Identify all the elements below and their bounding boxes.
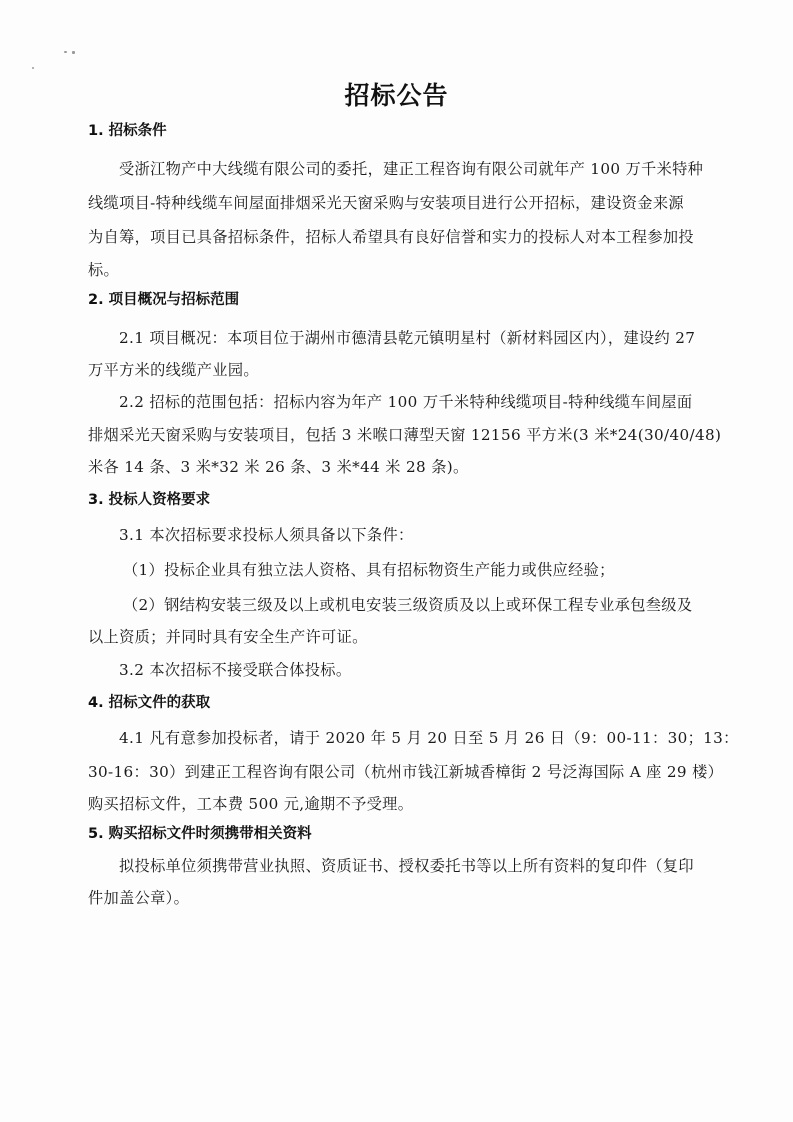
- paragraph-line: 件加盖公章）。: [88, 888, 728, 908]
- document-page: 招标公告 1. 招标条件 受浙江物产中大线缆有限公司的委托，建正工程咨询有限公司…: [0, 0, 793, 1122]
- paragraph-line: 3.2 本次招标不接受联合体投标。: [119, 660, 759, 680]
- paragraph-line: 为自筹，项目已具备招标条件，招标人希望具有良好信誉和实力的投标人对本工程参加投: [88, 227, 728, 247]
- paragraph-line: 米各 14 条、3 米*32 米 26 条、3 米*44 米 28 条)。: [88, 457, 728, 477]
- paragraph-line: 以上资质；并同时具有安全生产许可证。: [88, 627, 728, 647]
- scan-speck: [32, 67, 34, 69]
- paragraph-line: 购买招标文件，工本费 500 元,逾期不予受理。: [88, 794, 728, 814]
- paragraph-line: 万平方米的线缆产业园。: [88, 360, 728, 380]
- scan-speck: [64, 51, 67, 53]
- paragraph-line: 4.1 凡有意参加投标者，请于 2020 年 5 月 20 日至 5 月 26 …: [119, 728, 759, 748]
- paragraph-line: 线缆项目-特种线缆车间屋面排烟采光天窗采购与安装项目进行公开招标，建设资金来源: [88, 193, 728, 213]
- paragraph-line: 拟投标单位须携带营业执照、资质证书、授权委托书等以上所有资料的复印件（复印: [119, 856, 759, 876]
- paragraph-line: 排烟采光天窗采购与安装项目，包括 3 米喉口薄型天窗 12156 平方米(3 米…: [88, 425, 728, 445]
- section-heading-required-materials: 5. 购买招标文件时须携带相关资料: [88, 824, 312, 844]
- document-title: 招标公告: [0, 76, 793, 112]
- paragraph-line: （1）投标企业具有独立法人资格、具有招标物资生产能力或供应经验；: [123, 560, 763, 580]
- paragraph-line: 2.1 项目概况：本项目位于湖州市德清县乾元镇明星村（新材料园区内），建设约 2…: [119, 328, 759, 348]
- paragraph-line: 30-16：30）到建正工程咨询有限公司（杭州市钱江新城香樟街 2 号泛海国际 …: [88, 762, 728, 782]
- paragraph-line: 标。: [88, 260, 728, 280]
- paragraph-line: 2.2 招标的范围包括：招标内容为年产 100 万千米特种线缆项目-特种线缆车间…: [119, 392, 759, 412]
- scan-speck: [72, 51, 75, 54]
- section-heading-obtain-documents: 4. 招标文件的获取: [88, 693, 210, 713]
- section-heading-bidder-qualifications: 3. 投标人资格要求: [88, 490, 210, 510]
- section-heading-project-overview: 2. 项目概况与招标范围: [88, 290, 239, 310]
- section-heading-bid-conditions: 1. 招标条件: [88, 121, 167, 141]
- paragraph-line: （2）钢结构安装三级及以上或机电安装三级资质及以上或环保工程专业承包叁级及: [123, 595, 763, 615]
- paragraph-line: 3.1 本次招标要求投标人须具备以下条件：: [119, 525, 759, 545]
- paragraph-line: 受浙江物产中大线缆有限公司的委托，建正工程咨询有限公司就年产 100 万千米特种: [119, 159, 759, 179]
